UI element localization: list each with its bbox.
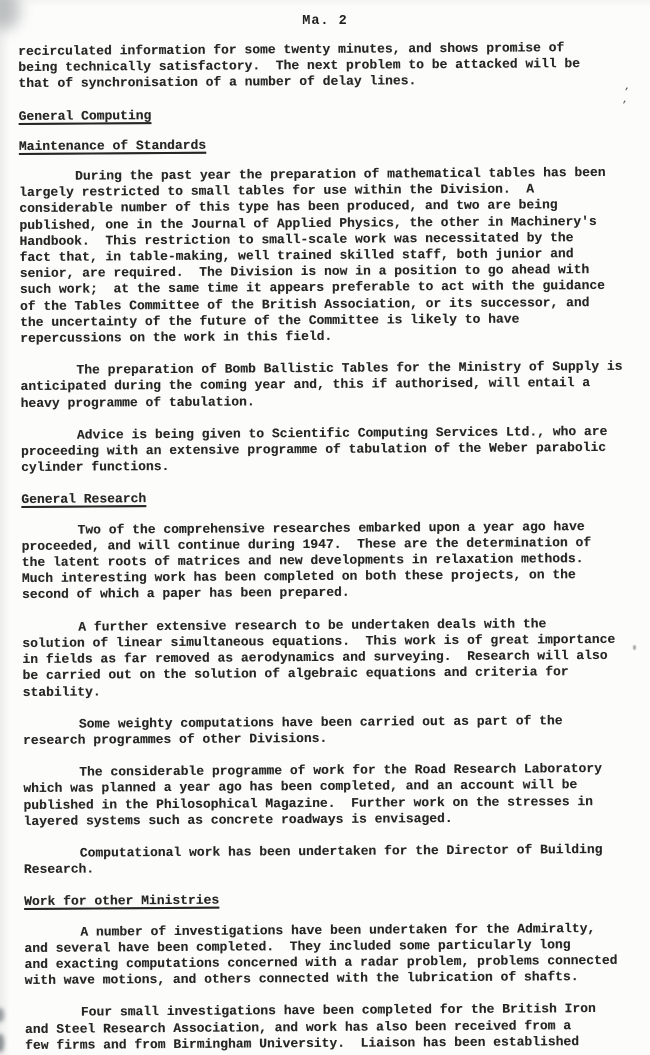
paragraph-weighty-computations: Some weighty computations have been carr… (23, 712, 647, 749)
document-page: Ma. 2 ’ , recirculated information for s… (0, 0, 650, 1055)
scan-smudge-bottom-left-2 (0, 1034, 4, 1052)
paragraph-road-research-laboratory: The considerable programme of work for t… (23, 761, 647, 830)
heading-maintenance-of-standards: Maintenance of Standards (19, 138, 206, 156)
paragraph-linear-simultaneous-equations: A further extensive research to be under… (22, 615, 647, 700)
heading-general-research: General Research (21, 492, 146, 509)
paragraph-admiralty-investigations: A number of investigations have been und… (24, 920, 648, 989)
heading-general-computing: General Computing (19, 108, 152, 125)
heading-work-for-other-ministries: Work for other Ministries (24, 893, 219, 911)
paragraph-building-research: Computational work has been undertaken f… (24, 842, 648, 879)
paragraph-recirculated-information: recirculated information for some twenty… (18, 40, 642, 93)
paragraph-british-iron-and-steel: Four small investigations have been comp… (25, 1001, 649, 1054)
document-content: recirculated information for some twenty… (0, 26, 650, 1054)
paragraph-bomb-ballistic-tables: The preparation of Bomb Ballistic Tables… (20, 359, 644, 412)
paragraph-comprehensive-researches: Two of the comprehensive researches emba… (21, 518, 646, 603)
paragraph-mathematical-tables: During the past year the preparation of … (19, 165, 644, 348)
scan-smudge-bottom-left-1 (0, 1008, 4, 1022)
paragraph-scientific-computing-services: Advice is being given to Scientific Comp… (21, 424, 645, 477)
